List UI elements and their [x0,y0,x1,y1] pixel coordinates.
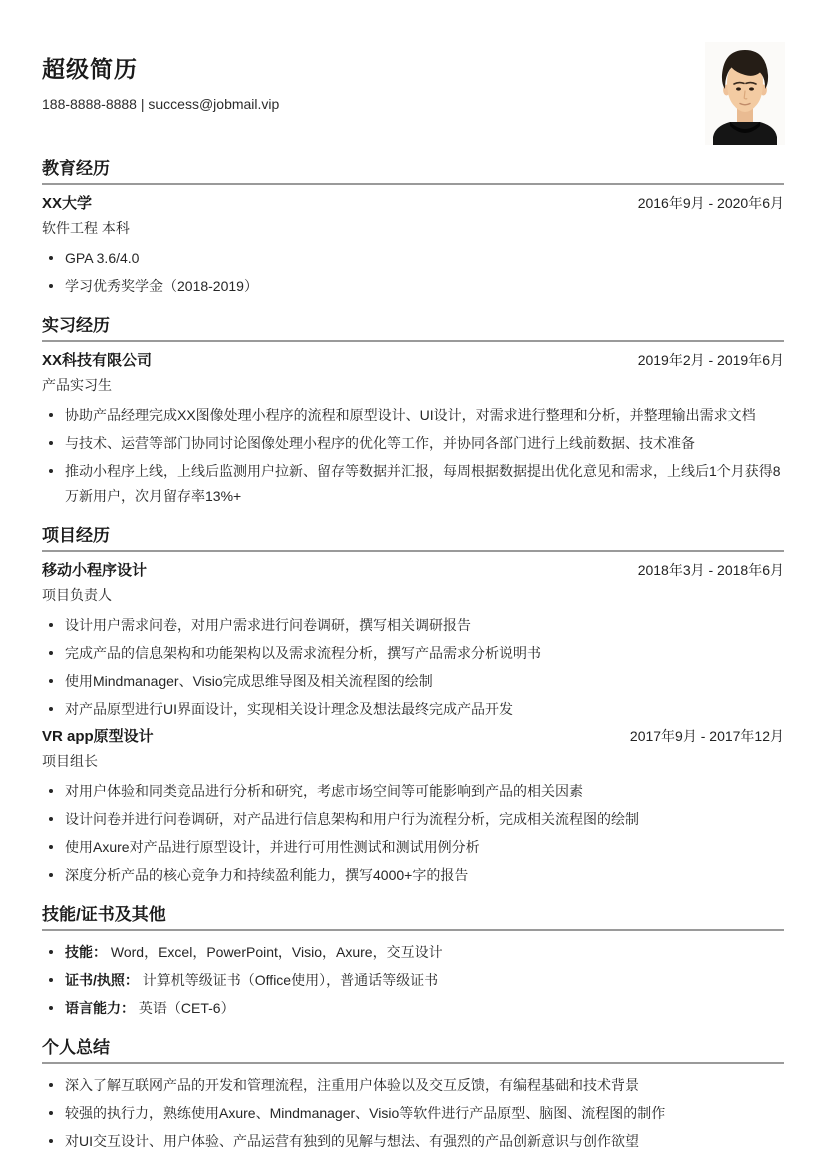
bullet-text: 语言能力： 英语（CET-6） [65,996,784,1021]
summary-heading: 个人总结 [42,1038,784,1064]
bullet-text: 证书/执照： 计算机等级证书（Office使用），普通话等级证书 [65,968,784,993]
education-date: 2016年9月 - 2020年6月 [638,194,784,212]
bullet-dot-icon [49,441,53,445]
list-item: GPA 3.6/4.0 [42,246,784,271]
skill-value: 英语（CET-6） [139,1000,235,1016]
project-date: 2017年9月 - 2017年12月 [630,727,784,745]
bullet-dot-icon [49,873,53,877]
school-name: XX大学 [42,195,92,213]
contact-line: 188-8888-8888 | success@jobmail.vip [42,95,784,113]
bullet-dot-icon [49,651,53,655]
bullet-text: 对UI交互设计、用户体验、产品运营有独到的见解与想法、有强烈的产品创新意识与创作… [65,1129,784,1154]
bullet-dot-icon [49,1111,53,1115]
bullet-dot-icon [49,707,53,711]
list-item: 较强的执行力，熟练使用Axure、Mindmanager、Visio等软件进行产… [42,1101,784,1126]
bullet-dot-icon [49,623,53,627]
bullet-text: 使用Mindmanager、Visio完成思维导图及相关流程图的绘制 [65,669,784,694]
project-bullets: 对用户体验和同类竞品进行分析和研究，考虑市场空间等可能影响到产品的相关因素 设计… [42,779,784,888]
bullet-dot-icon [49,413,53,417]
education-entry: XX大学 2016年9月 - 2020年6月 软件工程 本科 GPA 3.6/4… [42,194,784,299]
bullet-text: 技能： Word，Excel，PowerPoint，Visio，Axure，交互… [65,940,784,965]
skill-label: 证书/执照： [65,972,139,988]
company-name: XX科技有限公司 [42,352,152,370]
list-item: 设计用户需求问卷，对用户需求进行问卷调研，撰写相关调研报告 [42,613,784,638]
bullet-dot-icon [49,817,53,821]
list-item: 使用Mindmanager、Visio完成思维导图及相关流程图的绘制 [42,669,784,694]
section-education: 教育经历 XX大学 2016年9月 - 2020年6月 软件工程 本科 GPA … [42,159,784,299]
list-item: 对产品原型进行UI界面设计，实现相关设计理念及想法最终完成产品开发 [42,697,784,722]
bullet-text: 学习优秀奖学金（2018-2019） [65,274,784,299]
bullet-text: 深度分析产品的核心竞争力和持续盈利能力，撰写4000+字的报告 [65,863,784,888]
project-bullets: 设计用户需求问卷，对用户需求进行问卷调研，撰写相关调研报告 完成产品的信息架构和… [42,613,784,722]
list-item: 对用户体验和同类竞品进行分析和研究，考虑市场空间等可能影响到产品的相关因素 [42,779,784,804]
bullet-text: 与技术、运营等部门协同讨论图像处理小程序的优化等工作，并协同各部门进行上线前数据… [65,431,784,456]
internship-entry-header: XX科技有限公司 2019年2月 - 2019年6月 [42,351,784,370]
bullet-dot-icon [49,284,53,288]
bullet-dot-icon [49,256,53,260]
project-entry-header: 移动小程序设计 2018年3月 - 2018年6月 [42,561,784,580]
internship-role: 产品实习生 [42,376,784,394]
education-heading: 教育经历 [42,159,784,185]
project-title: 移动小程序设计 [42,562,147,580]
bullet-text: 完成产品的信息架构和功能架构以及需求流程分析，撰写产品需求分析说明书 [65,641,784,666]
project-entry-header: VR app原型设计 2017年9月 - 2017年12月 [42,727,784,746]
bullet-text: 对产品原型进行UI界面设计，实现相关设计理念及想法最终完成产品开发 [65,697,784,722]
section-summary: 个人总结 深入了解互联网产品的开发和管理流程，注重用户体验以及交互反馈，有编程基… [42,1038,784,1154]
list-item: 完成产品的信息架构和功能架构以及需求流程分析，撰写产品需求分析说明书 [42,641,784,666]
skill-value: Word，Excel，PowerPoint，Visio，Axure，交互设计 [111,944,443,960]
bullet-dot-icon [49,679,53,683]
skills-heading: 技能/证书及其他 [42,905,784,931]
project-entry: VR app原型设计 2017年9月 - 2017年12月 项目组长 对用户体验… [42,727,784,888]
education-entry-header: XX大学 2016年9月 - 2020年6月 [42,194,784,213]
list-item: 设计问卷并进行问卷调研，对产品进行信息架构和用户行为流程分析，完成相关流程图的绘… [42,807,784,832]
projects-heading: 项目经历 [42,526,784,552]
internship-bullets: 协助产品经理完成XX图像处理小程序的流程和原型设计、UI设计，对需求进行整理和分… [42,403,784,509]
project-date: 2018年3月 - 2018年6月 [638,561,784,579]
internship-date: 2019年2月 - 2019年6月 [638,351,784,369]
section-skills: 技能/证书及其他 技能： Word，Excel，PowerPoint，Visio… [42,905,784,1021]
bullet-dot-icon [49,1139,53,1143]
bullet-text: GPA 3.6/4.0 [65,246,784,271]
list-item: 证书/执照： 计算机等级证书（Office使用），普通话等级证书 [42,968,784,993]
resume-name: 超级简历 [42,0,784,84]
skill-label: 语言能力： [65,1000,135,1016]
internship-heading: 实习经历 [42,316,784,342]
bullet-dot-icon [49,978,53,982]
bullet-text: 协助产品经理完成XX图像处理小程序的流程和原型设计、UI设计，对需求进行整理和分… [65,403,784,428]
bullet-dot-icon [49,1083,53,1087]
list-item: 使用Axure对产品进行原型设计，并进行可用性测试和测试用例分析 [42,835,784,860]
list-item: 技能： Word，Excel，PowerPoint，Visio，Axure，交互… [42,940,784,965]
internship-entry: XX科技有限公司 2019年2月 - 2019年6月 产品实习生 协助产品经理完… [42,351,784,509]
skill-value: 计算机等级证书（Office使用），普通话等级证书 [143,972,438,988]
project-role: 项目负责人 [42,586,784,604]
bullet-text: 推动小程序上线，上线后监测用户拉新、留存等数据并汇报，每周根据数据提出优化意见和… [65,459,784,509]
list-item: 推动小程序上线，上线后监测用户拉新、留存等数据并汇报，每周根据数据提出优化意见和… [42,459,784,509]
bullet-dot-icon [49,789,53,793]
bullet-text: 对用户体验和同类竞品进行分析和研究，考虑市场空间等可能影响到产品的相关因素 [65,779,784,804]
bullet-text: 设计用户需求问卷，对用户需求进行问卷调研，撰写相关调研报告 [65,613,784,638]
profile-photo [705,42,785,145]
profile-photo-illustration [705,42,785,145]
list-item: 语言能力： 英语（CET-6） [42,996,784,1021]
list-item: 深入了解互联网产品的开发和管理流程，注重用户体验以及交互反馈，有编程基础和技术背… [42,1073,784,1098]
education-degree: 软件工程 本科 [42,219,784,237]
bullet-dot-icon [49,469,53,473]
bullet-text: 深入了解互联网产品的开发和管理流程，注重用户体验以及交互反馈，有编程基础和技术背… [65,1073,784,1098]
project-entry: 移动小程序设计 2018年3月 - 2018年6月 项目负责人 设计用户需求问卷… [42,561,784,722]
project-title: VR app原型设计 [42,728,154,746]
skills-bullets: 技能： Word，Excel，PowerPoint，Visio，Axure，交互… [42,940,784,1021]
list-item: 深度分析产品的核心竞争力和持续盈利能力，撰写4000+字的报告 [42,863,784,888]
list-item: 协助产品经理完成XX图像处理小程序的流程和原型设计、UI设计，对需求进行整理和分… [42,403,784,428]
education-bullets: GPA 3.6/4.0 学习优秀奖学金（2018-2019） [42,246,784,299]
bullet-text: 设计问卷并进行问卷调研，对产品进行信息架构和用户行为流程分析，完成相关流程图的绘… [65,807,784,832]
section-internship: 实习经历 XX科技有限公司 2019年2月 - 2019年6月 产品实习生 协助… [42,316,784,509]
bullet-dot-icon [49,845,53,849]
bullet-dot-icon [49,1006,53,1010]
list-item: 学习优秀奖学金（2018-2019） [42,274,784,299]
skill-label: 技能： [65,944,107,960]
bullet-text: 较强的执行力，熟练使用Axure、Mindmanager、Visio等软件进行产… [65,1101,784,1126]
project-role: 项目组长 [42,752,784,770]
bullet-text: 使用Axure对产品进行原型设计，并进行可用性测试和测试用例分析 [65,835,784,860]
summary-bullets: 深入了解互联网产品的开发和管理流程，注重用户体验以及交互反馈，有编程基础和技术背… [42,1073,784,1154]
list-item: 与技术、运营等部门协同讨论图像处理小程序的优化等工作，并协同各部门进行上线前数据… [42,431,784,456]
list-item: 对UI交互设计、用户体验、产品运营有独到的见解与想法、有强烈的产品创新意识与创作… [42,1129,784,1154]
bullet-dot-icon [49,950,53,954]
section-projects: 项目经历 移动小程序设计 2018年3月 - 2018年6月 项目负责人 设计用… [42,526,784,888]
resume-page: 超级简历 188-8888-8888 | success@jobmail.vip [0,0,826,1169]
